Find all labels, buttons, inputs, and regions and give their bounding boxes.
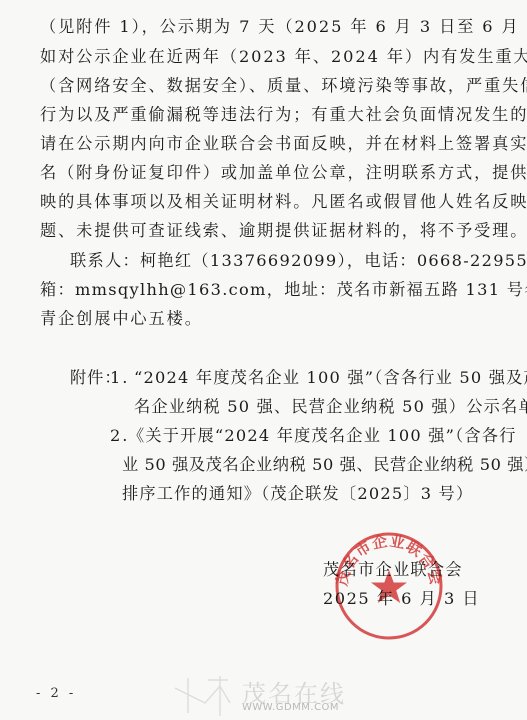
signature-organization: 茂名市企业联合会 [323,560,463,580]
body-line-7: 映的具体事项以及相关证明材料。凡匿名或假冒他人姓名反映问 [40,192,527,212]
body-line-8: 题、未提供可查证线索、逾期提供证据材料的，将不予受理。 [40,221,527,241]
attachment-1-line-2: 名企业纳税 50 强、民营企业纳税 50 强）公示名单 [134,397,527,417]
attachment-2-line-1: 《关于开展“2024 年度茂名企业 100 强”（含各行 [128,426,517,446]
watermark-url: WWW.GDMM.COM [242,702,339,713]
page-number: - 2 - [36,686,76,701]
body-line-5: 请在公示期内向市企业联合会书面反映，并在材料上签署真实姓 [40,134,527,154]
document-page: （见附件 1），公示期为 7 天（2025 年 6 月 3 日至 6 月 9 日… [0,0,527,720]
attachment-2-line-3: 排序工作的通知》（茂企联发〔2025〕3 号） [122,484,473,504]
contact-line-1: 联系人：柯艳红（13376692099），电话：0668-2295531，邮 [70,251,527,271]
attachment-1-number: 1. [110,368,129,388]
attachment-1-line-1: “2024 年度茂名企业 100 强”（含各行业 50 强及茂 [134,368,527,388]
body-line-1: （见附件 1），公示期为 7 天（2025 年 6 月 3 日至 6 月 9 日… [40,17,527,37]
contact-line-2: 箱：mmsqylhh@163.com，地址：茂名市新福五路 131 号名门世家 [40,280,527,300]
signature-date: 2025 年 6 月 3 日 [323,589,480,609]
body-line-3: （含网络安全、数据安全）、质量、环境污染等事故，严重失信 [40,76,527,96]
attachment-2-line-2: 业 50 强及茂名企业纳税 50 强、民营企业纳税 50 强） [122,455,527,475]
official-seal: 茂名市企业联合会 [333,530,445,642]
body-line-4: 行为以及严重偷漏税等违法行为；有重大社会负面情况发生的， [40,105,527,125]
body-line-2: 如对公示企业在近两年（2023 年、2024 年）内有发生重大安全 [40,47,527,67]
attachment-2-number: 2. [110,426,129,446]
contact-line-3: 青企创展中心五楼。 [40,309,203,329]
body-line-6: 名（附身份证复印件）或加盖单位公章，注明联系方式，提供反 [40,163,527,183]
